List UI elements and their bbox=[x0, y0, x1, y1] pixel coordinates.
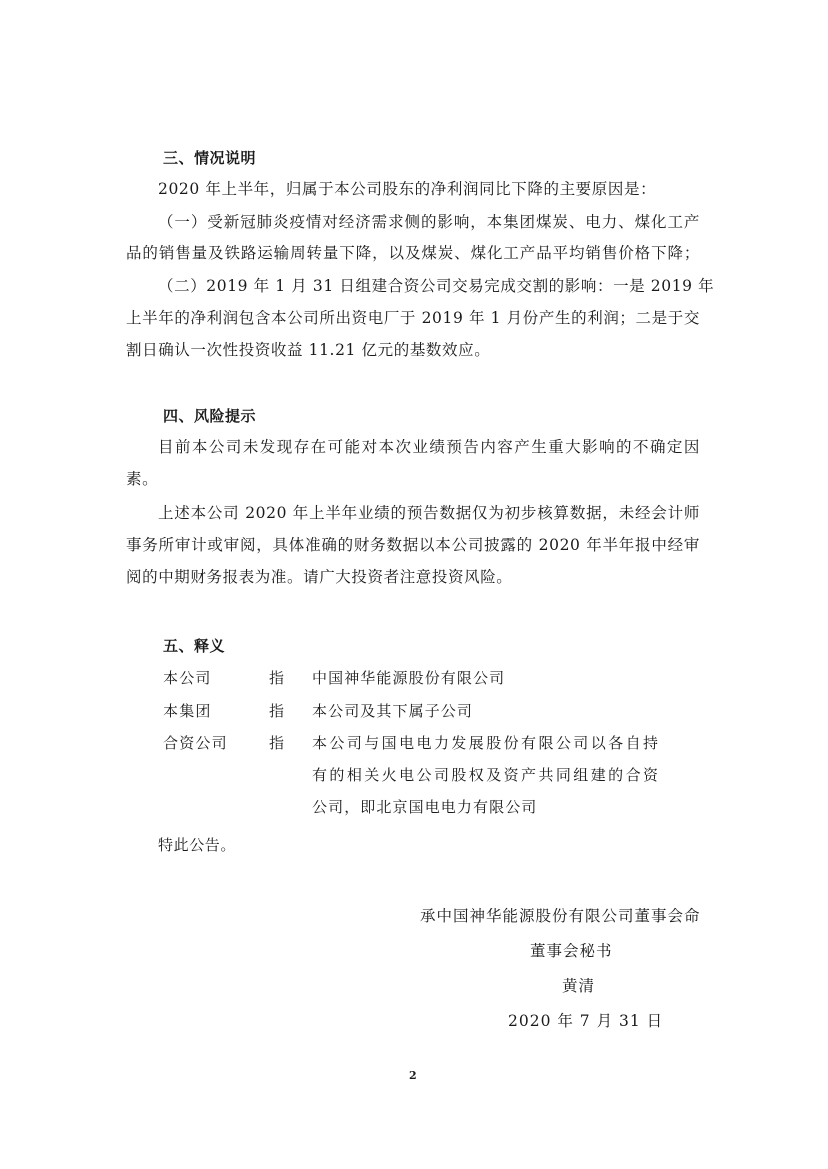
section-4-heading: 四、风险提示 bbox=[163, 406, 256, 426]
section-3-item-2-line-3: 割日确认一次性投资收益 11.21 亿元的基数效应。 bbox=[126, 340, 700, 360]
section-4-para-1-line-1: 目前本公司未发现存在可能对本次业绩预告内容产生重大影响的不确定因 bbox=[158, 437, 700, 457]
definition-text: 本公司及其下属子公司 bbox=[312, 701, 473, 721]
definition-text-line-2: 有的相关火电公司股权及资产共同组建的合资 bbox=[312, 765, 658, 785]
section-4-para-2-line-3: 阅的中期财务报表为准。请广大投资者注意投资风险。 bbox=[126, 567, 700, 587]
section-3-intro: 2020 年上半年，归属于本公司股东的净利润同比下降的主要原因是： bbox=[158, 179, 700, 199]
closing-statement: 特此公告。 bbox=[158, 835, 236, 855]
signature-board: 承中国神华能源股份有限公司董事会命 bbox=[420, 906, 701, 926]
section-5-heading: 五、释义 bbox=[163, 636, 225, 656]
section-4-para-2-line-2: 事务所审计或审阅，具体准确的财务数据以本公司披露的 2020 年半年报中经审 bbox=[126, 535, 700, 555]
definition-term: 本公司 bbox=[163, 668, 212, 688]
section-3-item-1-line-2: 品的销售量及铁路运输周转量下降，以及煤炭、煤化工产品平均销售价格下降； bbox=[126, 243, 700, 263]
signature-name: 黄清 bbox=[562, 976, 595, 996]
section-3-item-2-line-1: （二）2019 年 1 月 31 日组建合资公司交易完成交割的影响：一是 201… bbox=[158, 276, 700, 296]
definition-text-line-1: 本公司与国电电力发展股份有限公司以各自持 bbox=[312, 733, 658, 753]
definition-term: 合资公司 bbox=[163, 733, 228, 753]
definition-refers: 指 bbox=[269, 733, 284, 753]
definition-term: 本集团 bbox=[163, 701, 212, 721]
definition-text-line-3: 公司，即北京国电电力有限公司 bbox=[312, 797, 537, 817]
signature-title: 董事会秘书 bbox=[530, 941, 613, 961]
definition-refers: 指 bbox=[269, 701, 284, 721]
definition-text: 中国神华能源股份有限公司 bbox=[312, 668, 505, 688]
section-3-item-1-line-1: （一）受新冠肺炎疫情对经济需求侧的影响，本集团煤炭、电力、煤化工产 bbox=[158, 212, 700, 232]
definition-refers: 指 bbox=[269, 668, 284, 688]
section-4-para-2-line-1: 上述本公司 2020 年上半年业绩的预告数据仅为初步核算数据，未经会计师 bbox=[158, 503, 700, 523]
signature-date: 2020 年 7 月 31 日 bbox=[508, 1011, 663, 1031]
page-number: 2 bbox=[409, 1069, 417, 1082]
section-3-item-2-line-2: 上半年的净利润包含本公司所出资电厂于 2019 年 1 月份产生的利润；二是于交 bbox=[126, 308, 700, 328]
section-3-heading: 三、情况说明 bbox=[163, 148, 256, 168]
section-4-para-1-line-2: 素。 bbox=[126, 469, 700, 489]
document-page: 三、情况说明 2020 年上半年，归属于本公司股东的净利润同比下降的主要原因是：… bbox=[0, 0, 828, 1169]
